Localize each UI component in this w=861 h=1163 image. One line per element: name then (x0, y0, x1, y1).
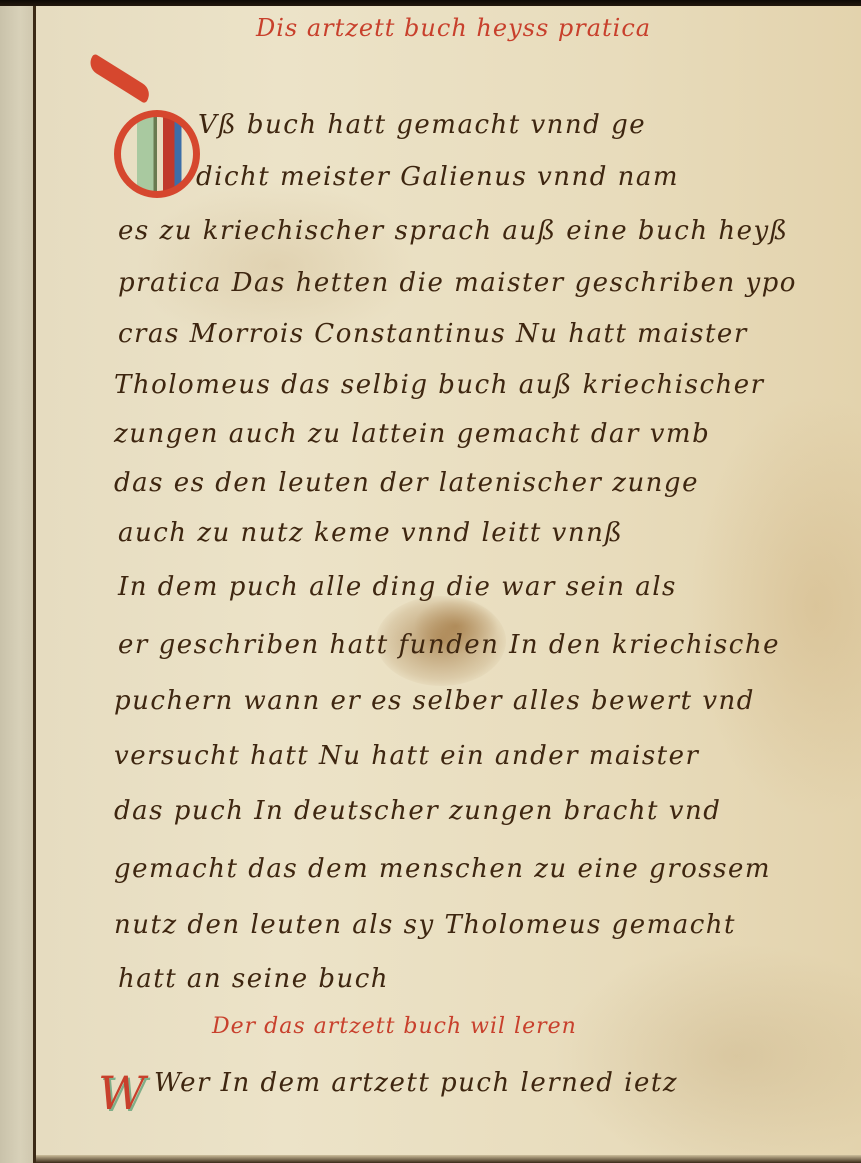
text-line: auch zu nutz keme vnnd leitt vnnß (118, 518, 623, 548)
book-bottom-edge (36, 1155, 861, 1163)
text-line: zungen auch zu lattein gemacht dar vmb (114, 419, 710, 449)
text-line: es zu kriechischer sprach auß eine buch … (118, 216, 789, 246)
closing-line: Wer In dem artzett puch lerned ietz (154, 1068, 678, 1098)
text-line: Vß buch hatt gemacht vnnd ge (198, 110, 646, 140)
manuscript-page: Dis artzett buch heyss pratica Vß buch h… (36, 6, 861, 1163)
text-line: In dem puch alle ding die war sein als (118, 572, 677, 602)
text-line: das es den leuten der latenischer zunge (114, 468, 699, 498)
text-line: pratica Das hetten die maister geschribe… (118, 268, 797, 298)
text-line: dicht meister Galienus vnnd nam (196, 162, 679, 192)
rubric-subheading: Der das artzett buch wil leren (212, 1014, 577, 1039)
text-line: gemacht das dem menschen zu eine grossem (114, 854, 771, 884)
text-line: hatt an seine buch (118, 964, 389, 994)
previous-page-edge (0, 6, 34, 1163)
text-line: das puch In deutscher zungen bracht vnd (114, 796, 721, 826)
text-line: er geschriben hatt funden In den kriechi… (118, 630, 780, 660)
text-block: Vß buch hatt gemacht vnnd ge dicht meist… (36, 6, 861, 1163)
text-line: versucht hatt Nu hatt ein ander maister (114, 741, 699, 771)
text-line: Tholomeus das selbig buch auß kriechisch… (114, 370, 765, 400)
text-line: cras Morrois Constantinus Nu hatt maiste… (118, 319, 748, 349)
text-line: puchern wann er es selber alles bewert v… (114, 686, 755, 716)
decorated-initial-w: W (98, 1066, 145, 1120)
text-line: nutz den leuten als sy Tholomeus gemacht (114, 910, 736, 940)
